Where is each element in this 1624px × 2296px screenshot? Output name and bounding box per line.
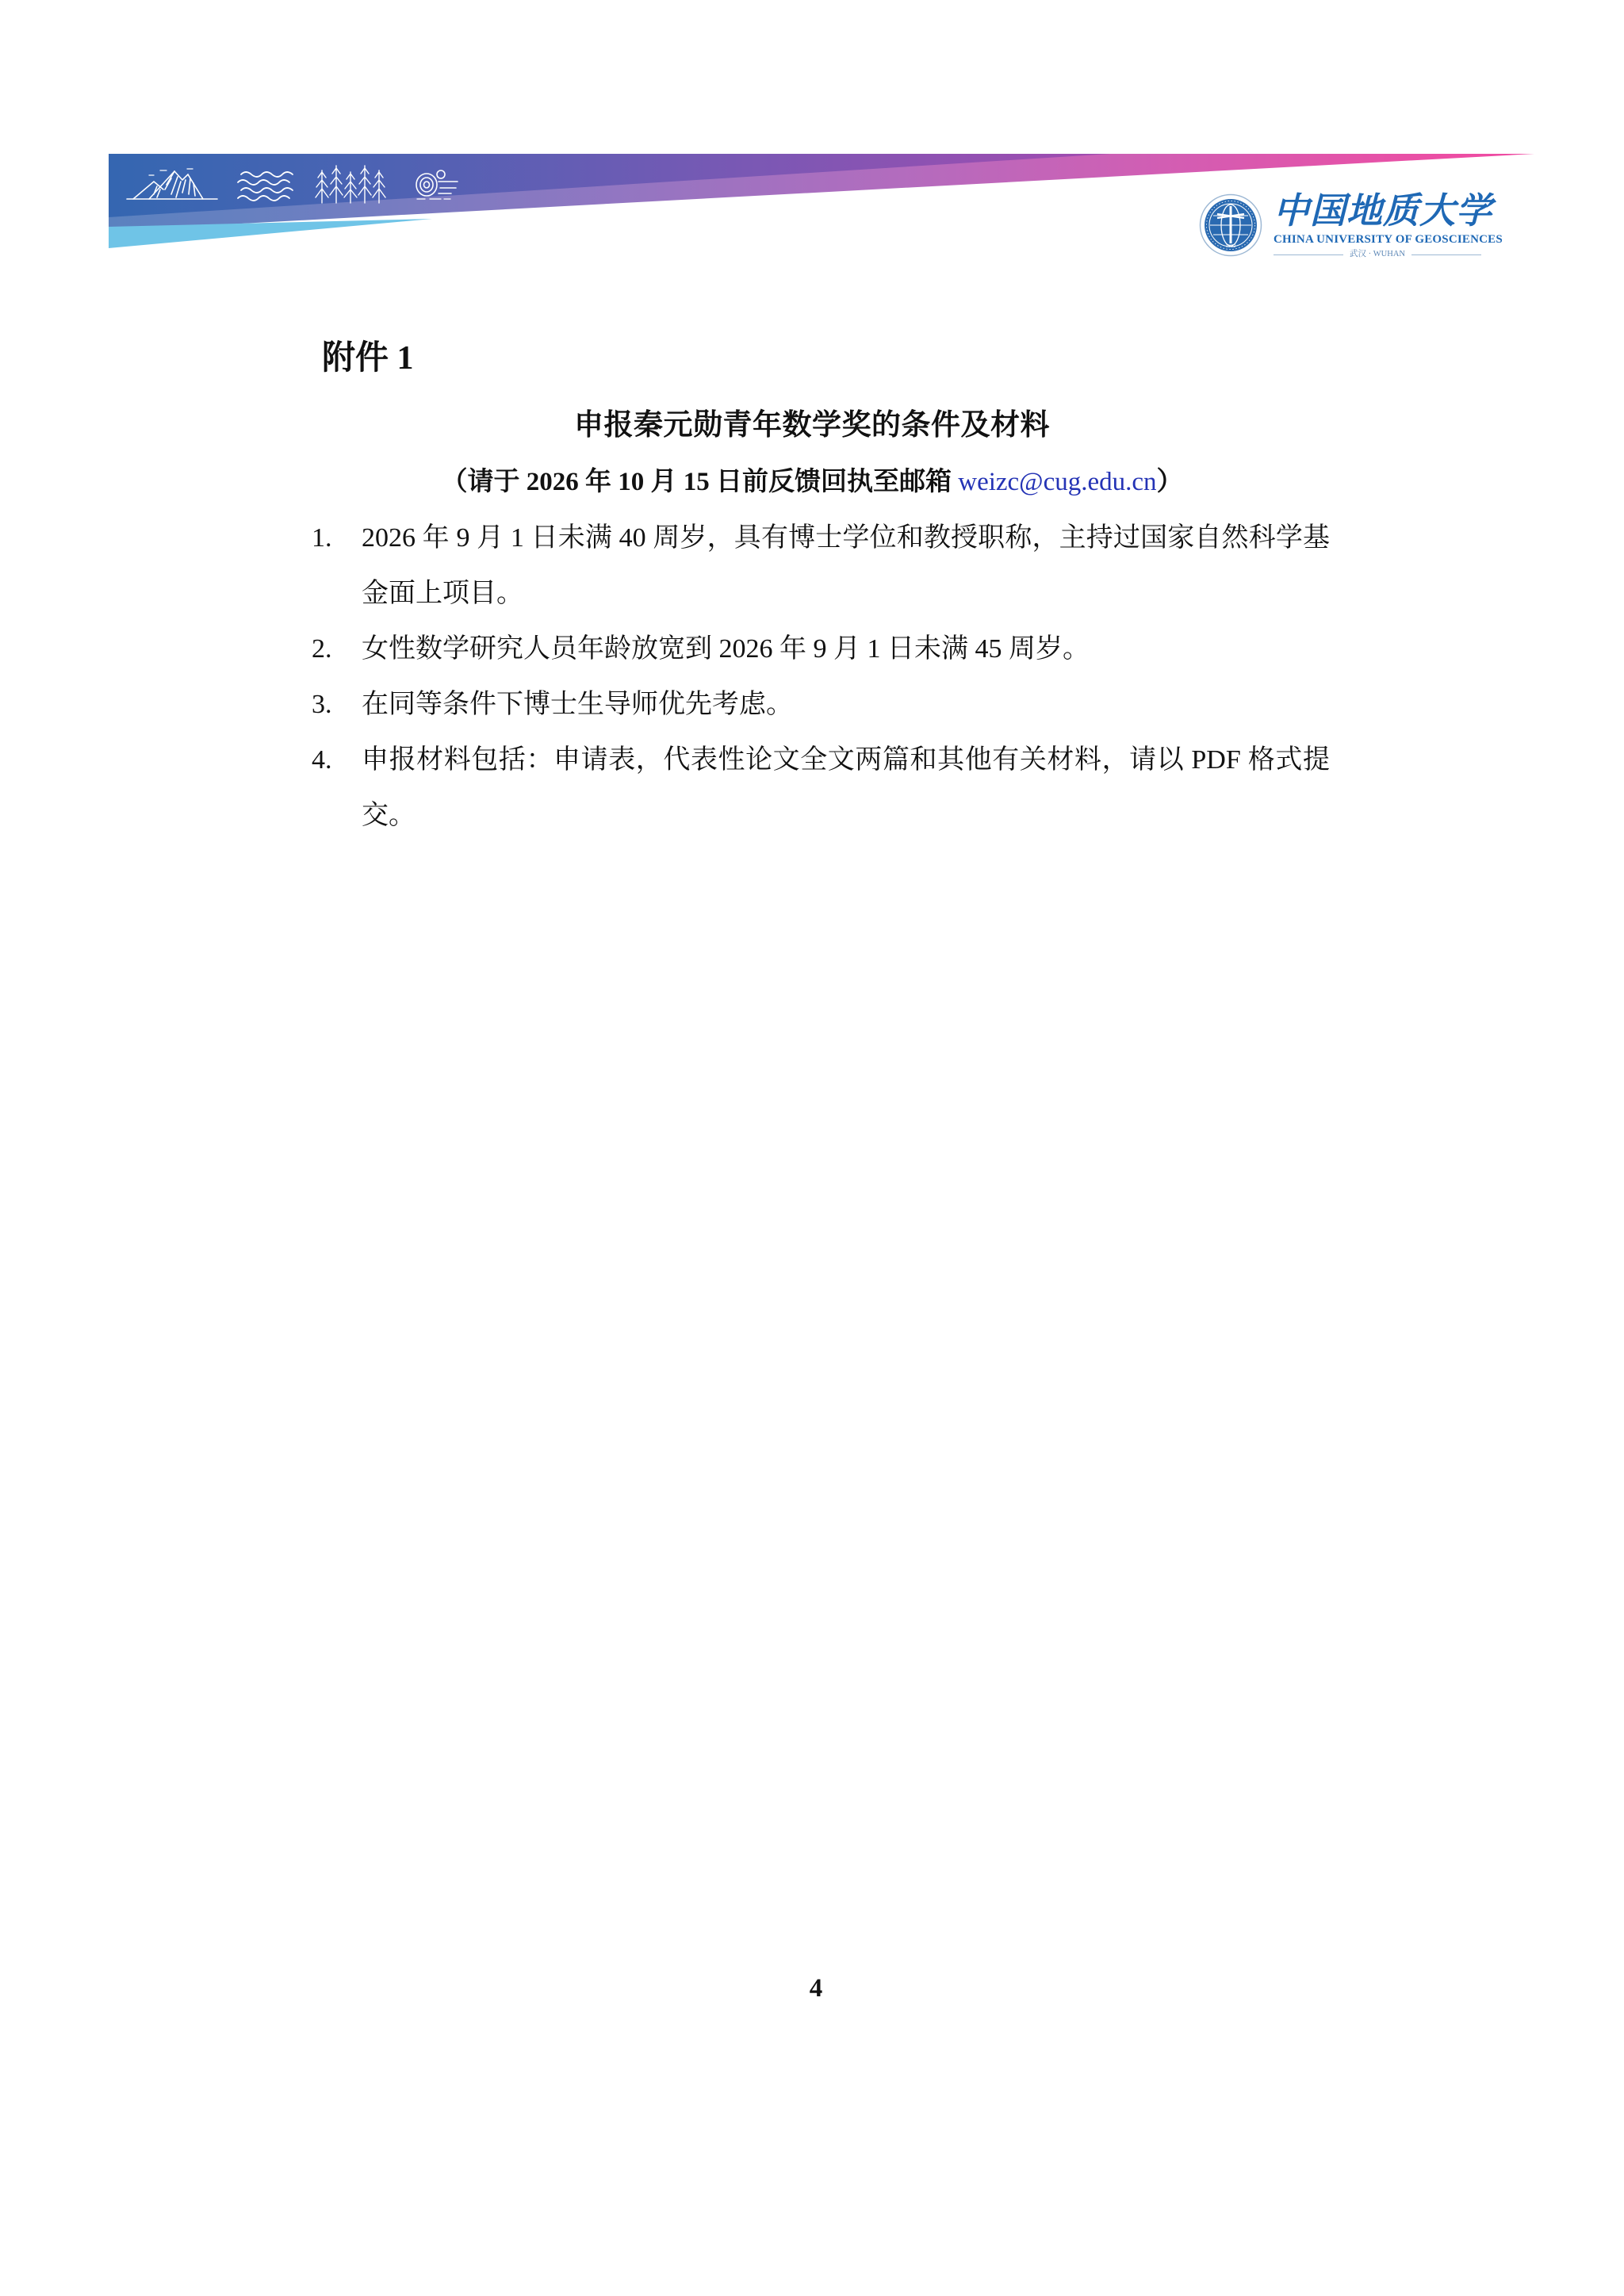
condition-list: 1. 2026 年 9 月 1 日未满 40 周岁，具有博士学位和教授职称，主持… — [312, 511, 1330, 844]
list-item: 2. 女性数学研究人员年龄放宽到 2026 年 9 月 1 日未满 45 周岁。 — [312, 622, 1330, 677]
document-subtitle: （请于 2026 年 10 月 15 日前反馈回执至邮箱 weizc@cug.e… — [0, 466, 1624, 498]
attachment-label: 附件 1 — [322, 339, 414, 377]
list-item-number: 4. — [312, 733, 362, 788]
list-item: 3. 在同等条件下博士生导师优先考虑。 — [312, 677, 1330, 733]
university-logo: 1952 中国地质大学 CHINA UNIVERSITY OF GEOSCIEN… — [1199, 190, 1484, 263]
trees-icon — [314, 163, 390, 205]
log-icon — [412, 167, 463, 202]
university-emblem-icon: 1952 — [1199, 193, 1262, 257]
list-item-number: 2. — [312, 622, 362, 677]
subtitle-prefix: （请于 2026 年 10 月 15 日前反馈回执至邮箱 — [441, 468, 958, 496]
mountain-icon — [125, 166, 219, 202]
logo-chinese-name: 中国地质大学 — [1274, 190, 1481, 232]
list-item-text: 女性数学研究人员年龄放宽到 2026 年 9 月 1 日未满 45 周岁。 — [362, 622, 1330, 677]
list-item: 1. 2026 年 9 月 1 日未满 40 周岁，具有博士学位和教授职称，主持… — [312, 511, 1330, 622]
list-item-text: 在同等条件下博士生导师优先考虑。 — [362, 677, 1330, 733]
document-page: 1952 中国地质大学 CHINA UNIVERSITY OF GEOSCIEN… — [0, 0, 1624, 2296]
list-item-number: 1. — [312, 511, 362, 566]
logo-rule-left — [1274, 254, 1343, 255]
list-item: 4. 申报材料包括：申请表，代表性论文全文两篇和其他有关材料，请以 PDF 格式… — [312, 733, 1330, 844]
document-title: 申报秦元勋青年数学奖的条件及材料 — [0, 408, 1624, 442]
logo-city-line: 武汉 · WUHAN — [1274, 250, 1481, 259]
list-item-text: 申报材料包括：申请表，代表性论文全文两篇和其他有关材料，请以 PDF 格式提交。 — [362, 733, 1330, 844]
subtitle-suffix: ） — [1157, 468, 1183, 496]
waves-icon — [236, 169, 298, 204]
list-item-text: 2026 年 9 月 1 日未满 40 周岁，具有博士学位和教授职称，主持过国家… — [362, 511, 1330, 622]
list-item-number: 3. — [312, 677, 362, 733]
logo-rule-right — [1411, 254, 1481, 255]
logo-city-label: 武汉 · WUHAN — [1350, 250, 1405, 259]
page-number: 4 — [0, 1974, 1624, 2003]
email-link[interactable]: weizc@cug.edu.cn — [958, 468, 1156, 496]
logo-english-name: CHINA UNIVERSITY OF GEOSCIENCES — [1274, 233, 1481, 247]
svg-text:1952: 1952 — [1226, 243, 1236, 249]
